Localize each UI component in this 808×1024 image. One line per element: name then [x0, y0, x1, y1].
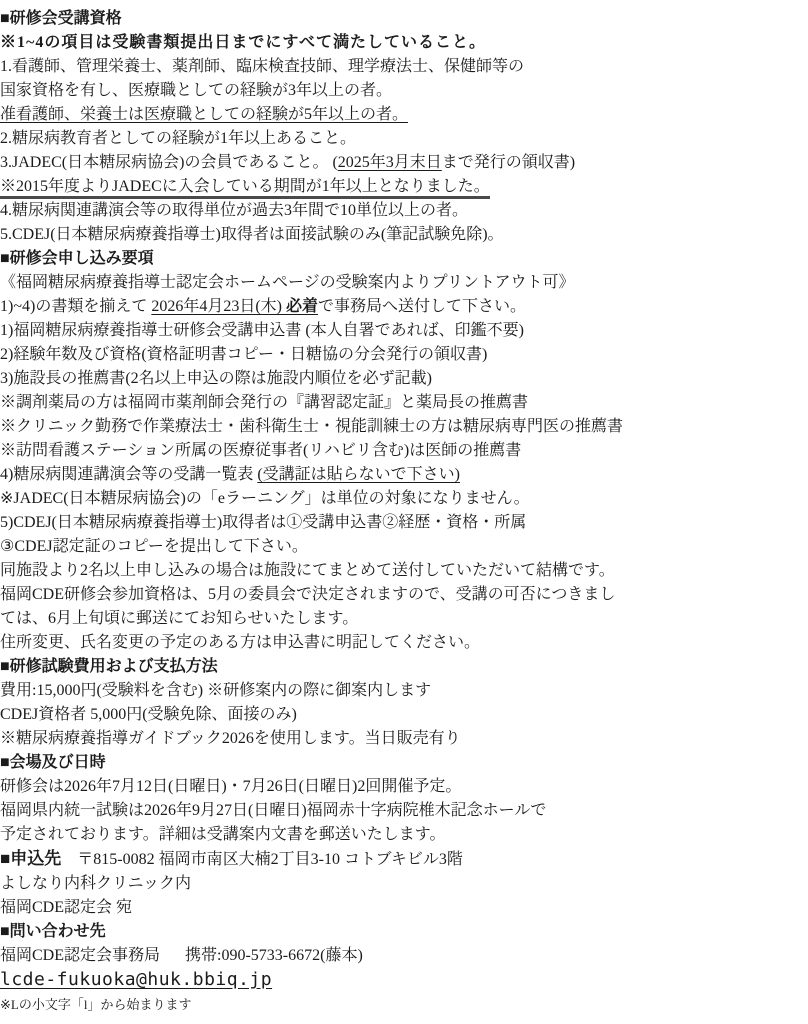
application-para-decision-line1: 福岡CDE研修会参加資格は、5月の委員会で決定されますので、受講の可否につきまし	[0, 583, 808, 607]
application-doc-3-note-pharmacy: ※調剤薬局の方は福岡市薬剤師会発行の『講習認定証』と薬局長の推薦書	[0, 391, 808, 415]
venue-line-exam: 福岡県内統一試験は2026年9月27日(日曜日)福岡赤十字病院椎木記念ホールで	[0, 799, 808, 823]
qualification-item-3-note: ※2015年度よりJADECに入会している期間が1年以上となりました。	[0, 178, 490, 199]
deadline-date: 2026年4月23日(木)	[151, 298, 286, 315]
application-doc-4-note-elearning: ※JADEC(日本糖尿病協会)の「eラーニング」は単位の対象になりません。	[0, 487, 808, 511]
qualification-item-1-line2: 国家資格を有し、医療職としての経験が3年以上の者。	[0, 79, 808, 103]
contact-line: 福岡CDE認定会事務局携帯:090-5733-6672(藤本)	[0, 944, 808, 968]
fee-line-cdej: CDEJ資格者 5,000円(受験免除、面接のみ)	[0, 703, 808, 727]
item-3-text: 3.JADEC(日本糖尿病協会)の会員であること。 (	[0, 154, 338, 171]
doc-4-text: 4)糖尿病関連講演会等の受講一覧表	[0, 466, 257, 483]
section-heading-submit-to: ■申込先	[0, 849, 61, 868]
contact-email-note: ※Lの小文字「l」から始まります	[0, 997, 191, 1012]
document-page: ■研修会受講資格 ※1~4の項目は受験書類提出日までにすべて満たしていること。 …	[0, 0, 808, 1017]
qualification-item-4: 4.糖尿病関連講演会等の取得単位が過去3年間で10単位以上の者。	[0, 199, 808, 223]
item-3-text-end: まで発行の領収書)	[442, 154, 575, 171]
submit-attention-line: 福岡CDE認定会 宛	[0, 896, 808, 920]
fee-line-guidebook: ※糖尿病療養指導ガイドブック2026を使用します。当日販売有り	[0, 727, 808, 751]
application-doc-1: 1)福岡糖尿病療養指導士研修会受講申込書 (本人自署であれば、印鑑不要)	[0, 319, 808, 343]
qualification-item-3: 3.JADEC(日本糖尿病協会)の会員であること。 (2025年3月末日まで発行…	[0, 151, 808, 175]
qualification-item-5: 5.CDEJ(日本糖尿病療養指導士)取得者は面接試験のみ(筆記試験免除)。	[0, 223, 808, 247]
item-3-receipt-deadline: 2025年3月末日	[338, 154, 442, 171]
application-doc-2: 2)経験年数及び資格(資格証明書コピー・日糖協の分会発行の領収書)	[0, 343, 808, 367]
qualification-note: ※1~4の項目は受験書類提出日までにすべて満たしていること。	[0, 31, 808, 55]
section-heading-qualification: ■研修会受講資格	[0, 7, 808, 31]
application-para-address-change: 住所変更、氏名変更の予定のある方は申込書に明記してください。	[0, 631, 808, 655]
application-doc-4: 4)糖尿病関連講演会等の受講一覧表 (受講証は貼らないで下さい)	[0, 463, 808, 487]
application-doc-5-line2: ③CDEJ認定証のコピーを提出して下さい。	[0, 535, 808, 559]
contact-phone: 携帯:090-5733-6672(藤本)	[185, 947, 363, 964]
section-heading-venue: ■会場及び日時	[0, 751, 808, 775]
section-heading-contact: ■問い合わせ先	[0, 920, 808, 944]
submit-address-line: ■申込先〒815-0082 福岡市南区大楠2丁目3-10 コトブキビル3階	[0, 847, 808, 872]
application-doc-5-line1: 5)CDEJ(日本糖尿病療養指導士)取得者は①受講申込書②経歴・資格・所属	[0, 511, 808, 535]
section-heading-application: ■研修会申し込み要項	[0, 247, 808, 271]
application-para-decision-line2: ては、6月上旬頃に郵送にてお知らせいたします。	[0, 607, 808, 631]
venue-line-sessions: 研修会は2026年7月12日(日曜日)・7月26日(日曜日)2回開催予定。	[0, 775, 808, 799]
submit-postal-address: 〒815-0082 福岡市南区大楠2丁目3-10 コトブキビル3階	[77, 851, 463, 868]
application-doc-3: 3)施設長の推薦書(2名以上申込の際は施設内順位を必ず記載)	[0, 367, 808, 391]
qualification-item-1-line3-underlined: 准看護師、栄養士は医療職としての経験が5年以上の者。	[0, 106, 408, 123]
fee-line-main: 費用:15,000円(受験料を含む) ※研修案内の際に御案内します	[0, 679, 808, 703]
contact-email: lcde-fukuoka@huk.bbiq.jp	[0, 969, 272, 990]
application-deadline-line: 1)~4)の書類を揃えて 2026年4月23日(木) 必着で事務局へ送付して下さ…	[0, 295, 808, 319]
venue-line-details: 予定されております。詳細は受講案内文書を郵送いたします。	[0, 823, 808, 847]
deadline-post: で事務局へ送付して下さい。	[318, 298, 526, 315]
section-heading-fee: ■研修試験費用および支払方法	[0, 655, 808, 679]
doc-4-no-paste-note: (受講証は貼らないで下さい)	[257, 466, 460, 483]
contact-office: 福岡CDE認定会事務局	[0, 947, 160, 964]
application-doc-3-note-clinic: ※クリニック勤務で作業療法士・歯科衛生士・視能訓練士の方は糖尿病専門医の推薦書	[0, 415, 808, 439]
deadline-must-arrive: 必着	[286, 298, 318, 315]
application-intro: 《福岡糖尿病療養指導士認定会ホームページの受験案内よりプリントアウト可》	[0, 271, 808, 295]
submit-clinic-line: よしなり内科クリニック内	[0, 872, 808, 896]
application-para-group-send: 同施設より2名以上申し込みの場合は施設にてまとめて送付していただいて結構です。	[0, 559, 808, 583]
application-doc-3-note-visiting-nurse: ※訪問看護ステーション所属の医療従事者(リハビリ含む)は医師の推薦書	[0, 439, 808, 463]
qualification-item-2: 2.糖尿病教育者としての経験が1年以上あること。	[0, 127, 808, 151]
qualification-item-1-line1: 1.看護師、管理栄養士、薬剤師、臨床検査技師、理学療法士、保健師等の	[0, 55, 808, 79]
deadline-pre: 1)~4)の書類を揃えて	[0, 298, 151, 315]
